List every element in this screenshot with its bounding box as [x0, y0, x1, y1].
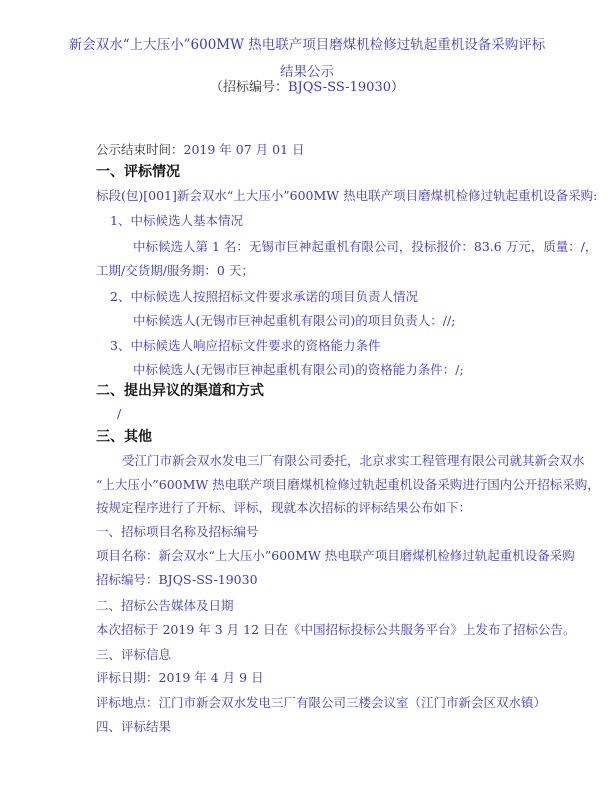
item3-line: 中标候选人(无锡市巨神起重机有限公司)的资格能力条件：/; — [133, 362, 464, 378]
sub3-title: 三、评标信息 — [96, 647, 171, 663]
section3-para-line3: 按规定程序进行了开标、评标，现就本次招标的评标结果公布如下： — [96, 500, 471, 516]
item2-line: 中标候选人(无锡市巨神起重机有限公司)的项目负责人：//; — [133, 313, 455, 329]
eval-date: 评标日期：2019 年 4 月 9 日 — [96, 670, 264, 686]
tender-number-header: （招标编号：BJQS-SS-19030） — [0, 80, 614, 96]
tender-number-value: BJQS-SS-19030 — [288, 80, 391, 95]
item1-title: 1、中标候选人基本情况 — [110, 213, 243, 229]
section1-heading: 一、评标情况 — [96, 164, 180, 180]
project-name: 项目名称：新会双水“上大压小”600MW 热电联产项目磨煤机检修过轨起重机设备采… — [96, 548, 575, 564]
sub1-title: 一、招标项目名称及招标编号 — [96, 524, 259, 540]
section3-para-line2: “上大压小”600MW 热电联产项目磨煤机检修过轨起重机设备采购进行国内公开招标… — [96, 477, 600, 493]
document-title-line1: 新会双水“上大压小”600MW 热电联产项目磨煤机检修过轨起重机设备采购评标 — [0, 37, 614, 53]
tender-code: 招标编号：BJQS-SS-19030 — [96, 572, 258, 588]
item1-line1: 中标候选人第 1 名：无锡市巨神起重机有限公司，投标报价：83.6 万元，质量：… — [133, 239, 597, 255]
section2-heading: 二、提出异议的渠道和方式 — [96, 383, 264, 399]
item2-title: 2、中标候选人按照招标文件要求承诺的项目负责人情况 — [110, 289, 418, 305]
tender-number-prefix: （招标编号： — [210, 80, 288, 95]
publish-end-time: 公示结束时间：2019 年 07 月 01 日 — [96, 142, 305, 158]
publish-end-value: 2019 年 07 月 01 日 — [184, 142, 305, 157]
tender-number-suffix: ） — [391, 80, 404, 95]
eval-place: 评标地点：江门市新会双水发电三厂有限公司三楼会议室（江门市新会区双水镇） — [96, 695, 546, 711]
sub4-title: 四、评标结果 — [96, 719, 171, 735]
item1-line2: 工期/交货期/服务期：0 天； — [96, 263, 254, 279]
document-page: 新会双水“上大压小”600MW 热电联产项目磨煤机检修过轨起重机设备采购评标 结… — [0, 0, 614, 786]
lot-line: 标段(包)[001]新会双水“上大压小”600MW 热电联产项目磨煤机检修过轨起… — [96, 188, 597, 204]
notice-line: 本次招标于 2019 年 3 月 12 日在《中国招标投标公共服务平台》上发布了… — [96, 622, 576, 638]
sub2-title: 二、招标公告媒体及日期 — [96, 598, 234, 614]
document-title-line2: 结果公示 — [0, 64, 614, 80]
section3-heading: 三、其他 — [96, 429, 152, 445]
publish-end-label: 公示结束时间： — [96, 142, 184, 157]
item3-title: 3、中标候选人响应招标文件要求的资格能力条件 — [110, 338, 380, 354]
section3-para-line1: 受江门市新会双水发电三厂有限公司委托，北京求实工程管理有限公司就其新会双水 — [122, 453, 585, 469]
section2-content: / — [117, 406, 121, 422]
